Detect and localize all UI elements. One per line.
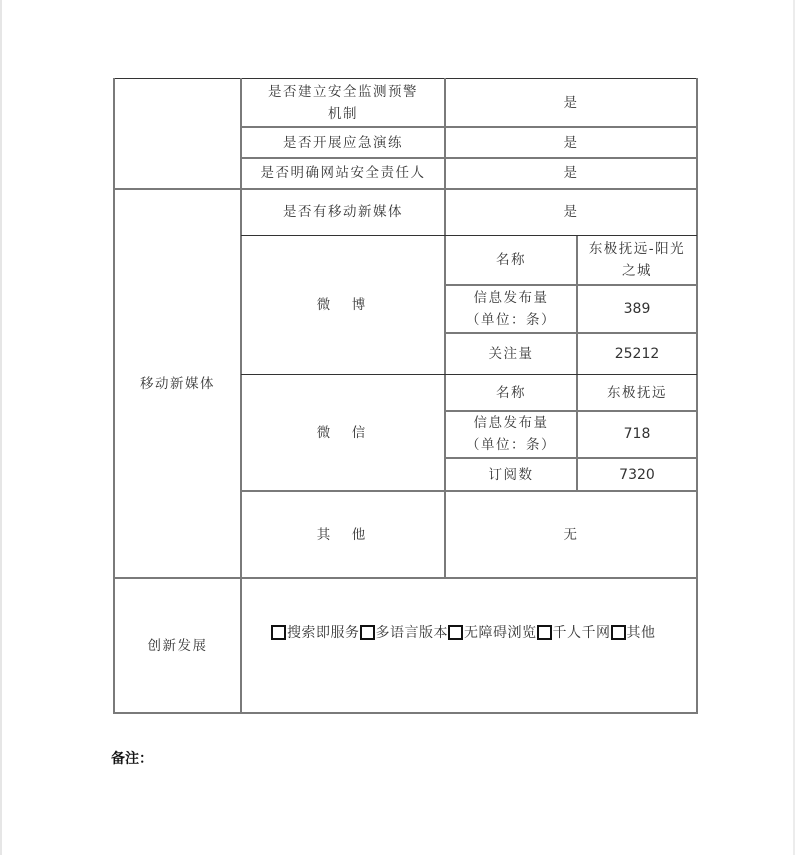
wechat-subscribers-label: 订阅数 — [445, 458, 577, 491]
option-label: 多语言版本 — [376, 622, 449, 642]
weibo-name-label: 名称 — [445, 236, 577, 284]
option-other[interactable]: 其他 — [611, 622, 656, 642]
wechat-name-label: 名称 — [445, 375, 577, 410]
option-accessibility[interactable]: 无障碍浏览 — [448, 622, 537, 642]
weibo-label: 微 博 — [241, 236, 445, 374]
option-personalized[interactable]: 千人千网 — [537, 622, 611, 642]
security-monitoring-value: 是 — [445, 79, 697, 126]
checkbox-icon[interactable] — [448, 625, 463, 640]
option-label: 无障碍浏览 — [464, 622, 537, 642]
mobile-media-section-label: 移动新媒体 — [114, 189, 241, 578]
innovation-options: 搜索即服务 多语言版本 无障碍浏览 千人千网 其他 — [271, 622, 656, 642]
other-media-label: 其 他 — [241, 491, 445, 578]
emergency-drill-label: 是否开展应急演练 — [241, 127, 445, 158]
option-label: 其他 — [627, 622, 656, 642]
wechat-posts-value: 718 — [577, 411, 697, 457]
weibo-followers-value: 25212 — [577, 333, 697, 374]
weibo-followers-label: 关注量 — [445, 333, 577, 374]
remark-label: 备注： — [111, 748, 153, 768]
weibo-posts-value: 389 — [577, 285, 697, 332]
checkbox-icon[interactable] — [611, 625, 626, 640]
posts-label-line-1: 信息发布量 — [466, 287, 556, 309]
wechat-label: 微 信 — [241, 375, 445, 490]
innovation-section-label: 创新发展 — [114, 578, 241, 713]
wechat-name-value: 东极抚远 — [577, 375, 697, 410]
has-mobile-media-value: 是 — [445, 189, 697, 235]
option-multilingual[interactable]: 多语言版本 — [360, 622, 449, 642]
name-line-1: 东极抚远-阳光 — [589, 238, 685, 260]
security-monitoring-label: 是否建立安全监测预警 机制 — [241, 79, 445, 126]
label-line-1: 是否建立安全监测预警 — [268, 81, 418, 103]
other-media-value: 无 — [445, 491, 697, 578]
checkbox-icon[interactable] — [360, 625, 375, 640]
posts-label-line-1: 信息发布量 — [466, 412, 556, 434]
posts-label-line-2: （单位：条） — [466, 434, 556, 456]
option-label: 搜索即服务 — [287, 622, 360, 642]
emergency-drill-value: 是 — [445, 127, 697, 158]
checkbox-icon[interactable] — [537, 625, 552, 640]
posts-label-line-2: （单位：条） — [466, 309, 556, 331]
has-mobile-media-label: 是否有移动新媒体 — [241, 189, 445, 235]
page-edge-left — [0, 0, 2, 855]
wechat-subscribers-value: 7320 — [577, 458, 697, 491]
name-line-2: 之城 — [589, 260, 685, 282]
checkbox-icon[interactable] — [271, 625, 286, 640]
security-owner-value: 是 — [445, 158, 697, 188]
weibo-name-value: 东极抚远-阳光 之城 — [577, 236, 697, 284]
security-owner-label: 是否明确网站安全责任人 — [241, 158, 445, 188]
option-label: 千人千网 — [553, 622, 611, 642]
option-search-as-service[interactable]: 搜索即服务 — [271, 622, 360, 642]
wechat-posts-label: 信息发布量 （单位：条） — [445, 411, 577, 457]
weibo-posts-label: 信息发布量 （单位：条） — [445, 285, 577, 332]
label-line-2: 机制 — [268, 103, 418, 125]
